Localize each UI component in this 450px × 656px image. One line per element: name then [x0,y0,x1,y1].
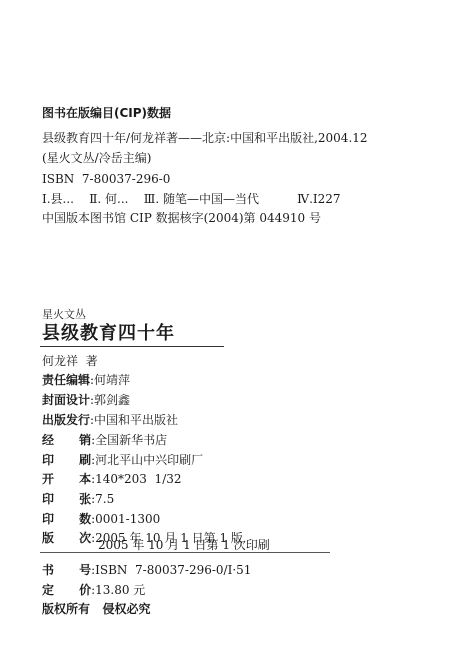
row-print-run: 印 数:0001-1300 [42,512,160,526]
book-title: 县级教育四十年 [42,324,175,344]
row-label: 出版发行 [42,413,90,427]
row-value: :河北平山中兴印刷厂 [91,453,203,467]
row-book-number: 书 号:ISBN 7-80037-296-0/I·51 [42,563,251,577]
title-underline [40,346,224,347]
row-value: :中国和平出版社 [90,413,178,427]
row-label: 开 本 [42,472,91,486]
cip-series-line: (星火文丛/冷岳主编) [42,151,151,165]
printing-line: 2005 年 10 月 1 日第 1 次印刷 [98,538,270,552]
row-value: :0001-1300 [91,512,160,526]
row-label: 经 销 [42,433,91,447]
row-printer: 印 刷:河北平山中兴印刷厂 [42,453,203,467]
cip-classification: Ⅰ.县... Ⅱ. 何... Ⅲ. 随笔—中国—当代 Ⅳ.I227 [42,192,341,206]
row-format: 开 本:140*203 1/32 [42,472,182,486]
author-line: 何龙祥 著 [42,354,98,368]
row-label: 定 价 [42,583,91,597]
cip-record-line: 县级教育四十年/何龙祥著——北京:中国和平出版社,2004.12 [42,131,368,145]
row-value: :13.80 元 [91,583,145,597]
row-distributor: 经 销:全国新华书店 [42,433,167,447]
row-label: 印 刷 [42,453,91,467]
row-editor: 责任编辑:何靖萍 [42,373,130,387]
row-value: :140*203 1/32 [91,472,181,486]
row-price: 定 价:13.80 元 [42,583,145,597]
row-label: 书 号 [42,563,91,577]
row-label: 责任编辑 [42,373,90,387]
row-label: 印 张 [42,492,91,506]
row-value: :郭剑鑫 [90,393,130,407]
row-value: :全国新华书店 [91,433,167,447]
cip-number: 中国版本图书馆 CIP 数据核字(2004)第 044910 号 [42,211,321,225]
row-label: 版 次 [42,531,91,545]
row-value: :ISBN 7-80037-296-0/I·51 [91,563,251,577]
cip-isbn: ISBN 7-80037-296-0 [42,172,170,186]
copyright-notice: 版权所有 侵权必究 [42,602,151,616]
row-label: 封面设计 [42,393,90,407]
row-value: :7.5 [91,492,114,506]
row-publisher: 出版发行:中国和平出版社 [42,413,178,427]
colophon-divider [40,552,330,553]
row-cover-design: 封面设计:郭剑鑫 [42,393,130,407]
row-value: :何靖萍 [90,373,130,387]
series-name: 星火文丛 [42,308,86,322]
row-sheets: 印 张:7.5 [42,492,114,506]
cip-heading: 图书在版编目(CIP)数据 [42,106,171,120]
row-label: 印 数 [42,512,91,526]
